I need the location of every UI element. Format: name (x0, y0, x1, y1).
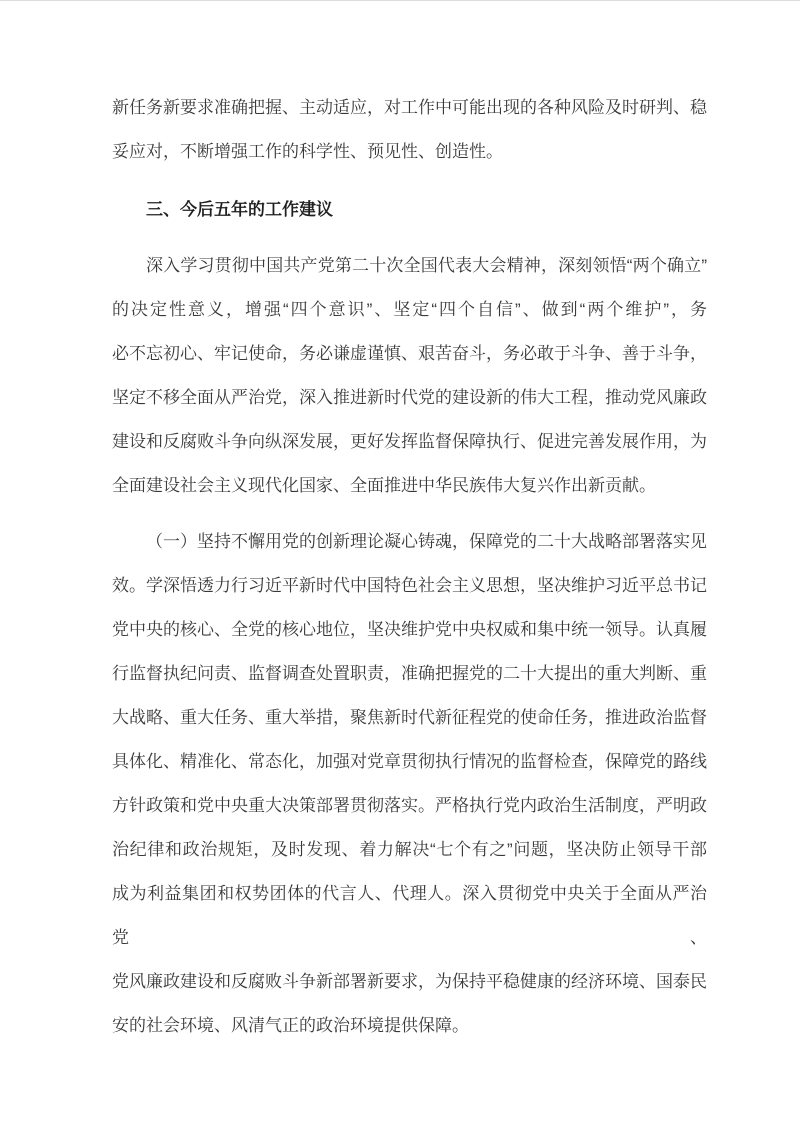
section-heading: 三、今后五年的工作建议 (112, 188, 707, 232)
text-line: 党风廉政建设和反腐败斗争新部署新要求，为保持平稳健康的经济环境、国泰民 (112, 960, 707, 1004)
text-line: 的决定性意义，增强“四个意识”、坚定“四个自信”、做到“两个维护”，务 (112, 288, 707, 332)
text-line: 党中央的核心、全党的核心地位，坚决维护党中央权威和集中统一领导。认真履 (112, 608, 707, 652)
paragraph-continuation: 新任务新要求准确把握、主动适应，对工作中可能出现的各种风险及时研判、稳妥应对，不… (112, 86, 707, 174)
text-line: 大战略、重大任务、重大举措，聚焦新时代新征程党的使命任务，推进政治监督 (112, 696, 707, 740)
text-line: 全面建设社会主义现代化国家、全面推进中华民族伟大复兴作出新贡献。 (112, 464, 707, 508)
page-top-divider (0, 0, 800, 1)
text-line: 新任务新要求准确把握、主动适应，对工作中可能出现的各种风险及时研判、稳 (112, 86, 707, 130)
text-line: 必不忘初心、牢记使命，务必谦虚谨慎、艰苦奋斗，务必敢于斗争、善于斗争， (112, 332, 707, 376)
text-line: 治纪律和政治规矩，及时发现、着力解决“七个有之”问题，坚决防止领导干部 (112, 828, 707, 872)
text-line: 深入学习贯彻中国共产党第二十次全国代表大会精神，深刻领悟“两个确立” (112, 244, 707, 288)
paragraph: （一）坚持不懈用党的创新理论凝心铸魂，保障党的二十大战略部署落实见效。学深悟透力… (112, 520, 707, 1048)
text-line: 三、今后五年的工作建议 (112, 188, 707, 232)
text-line: 方针政策和党中央重大决策部署贯彻落实。严格执行党内政治生活制度，严明政 (112, 784, 707, 828)
text-line: 具体化、精准化、常态化，加强对党章贯彻执行情况的监督检查，保障党的路线 (112, 740, 707, 784)
text-line: 坚定不移全面从严治党，深入推进新时代党的建设新的伟大工程，推动党风廉政 (112, 376, 707, 420)
text-line: 行监督执纪问责、监督调查处置职责，准确把握党的二十大提出的重大判断、重 (112, 652, 707, 696)
text-line: 效。学深悟透力行习近平新时代中国特色社会主义思想，坚决维护习近平总书记 (112, 564, 707, 608)
text-line: （一）坚持不懈用党的创新理论凝心铸魂，保障党的二十大战略部署落实见 (112, 520, 707, 564)
paragraph: 深入学习贯彻中国共产党第二十次全国代表大会精神，深刻领悟“两个确立”的决定性意义… (112, 244, 707, 508)
text-line: 安的社会环境、风清气正的政治环境提供保障。 (112, 1004, 707, 1048)
text-line: 成为利益集团和权势团体的代言人、代理人。深入贯彻党中央关于全面从严治党、 (112, 872, 707, 960)
text-line: 建设和反腐败斗争向纵深发展，更好发挥监督保障执行、促进完善发展作用，为 (112, 420, 707, 464)
text-line: 妥应对，不断增强工作的科学性、预见性、创造性。 (112, 130, 707, 174)
document-page: 新任务新要求准确把握、主动适应，对工作中可能出现的各种风险及时研判、稳妥应对，不… (0, 0, 800, 1131)
